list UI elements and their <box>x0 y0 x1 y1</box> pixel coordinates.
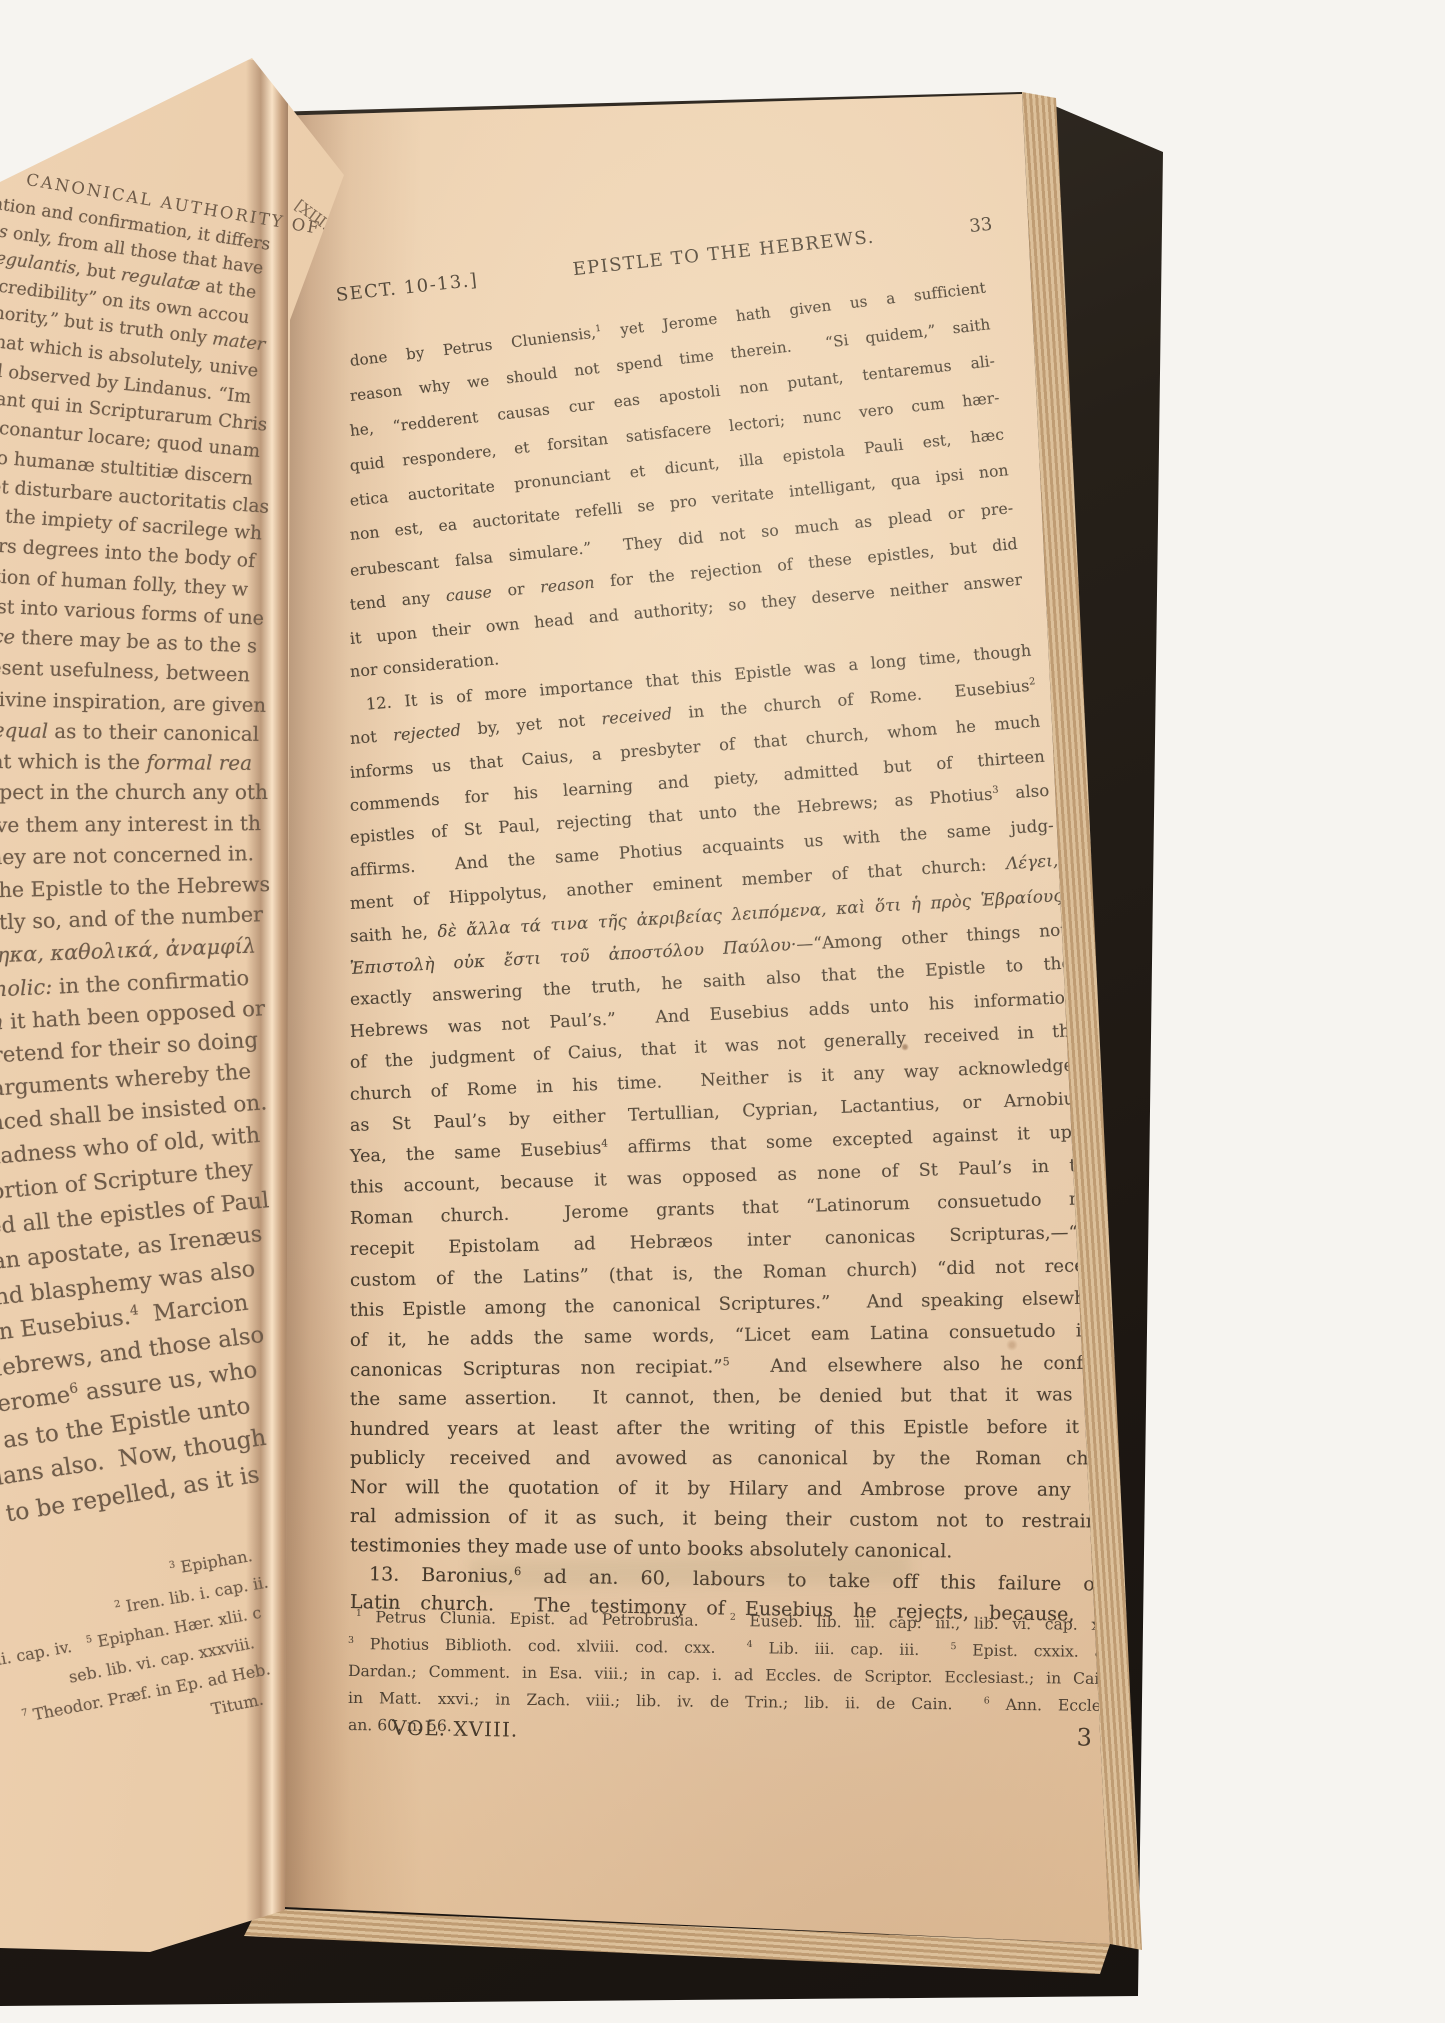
body-text-line: the same assertion. It cannot, then, be … <box>350 1384 1129 1413</box>
body-text-line: of it, he adds the same words, “Licet ea… <box>350 1320 1121 1354</box>
volume-label: VOL. XVIII. <box>392 1716 519 1742</box>
signature-number: 3 <box>1076 1723 1092 1751</box>
running-title: EPISTLE TO THE HEBREWS. <box>477 216 971 290</box>
body-text-line: this Epistle among the canonical Scriptu… <box>350 1287 1116 1323</box>
body-text-line: ral admission of it as such, it being th… <box>350 1506 1147 1536</box>
left-page-footnotes: 3 Epiphan. 2 Iren. lib. i. cap. ii. lib.… <box>0 1538 270 1712</box>
page-footer: VOL. XVIII. 3 <box>350 1712 1098 1752</box>
left-page-text-fragment: r usefulness or respect in the church an… <box>0 778 268 808</box>
left-page-text-fragment: ally interested in that which is the for… <box>0 744 252 779</box>
footnote-line: Dardan.; Comment. in Esa. viii.; in cap.… <box>348 1662 1114 1690</box>
left-page-text: d of divine inspiration and confirmation… <box>0 233 270 1489</box>
book-photo: SECT. 10-13.] EPISTLE TO THE HEBREWS. 33… <box>0 0 1445 2023</box>
body-text-line: testimonies they made use of unto books … <box>350 1535 1151 1568</box>
body-text-line: custom of the Latins” (that is, the Roma… <box>350 1254 1112 1292</box>
body-text-line: publicly received and avowed as canonica… <box>350 1448 1138 1472</box>
footnote-line: 3 Photius Biblioth. cod. xlviii. cod. cx… <box>348 1635 1114 1663</box>
body-text-line: canonicas Scripturas non recipiat.”5 And… <box>350 1352 1125 1383</box>
section-heading: SECT. 10-13.] <box>335 270 479 306</box>
page-number: 33 <box>968 214 993 237</box>
body-text-line: Nor will the quotation of it by Hilary a… <box>350 1477 1142 1504</box>
body-text-line: hundred years at least after the writing… <box>350 1416 1134 1442</box>
